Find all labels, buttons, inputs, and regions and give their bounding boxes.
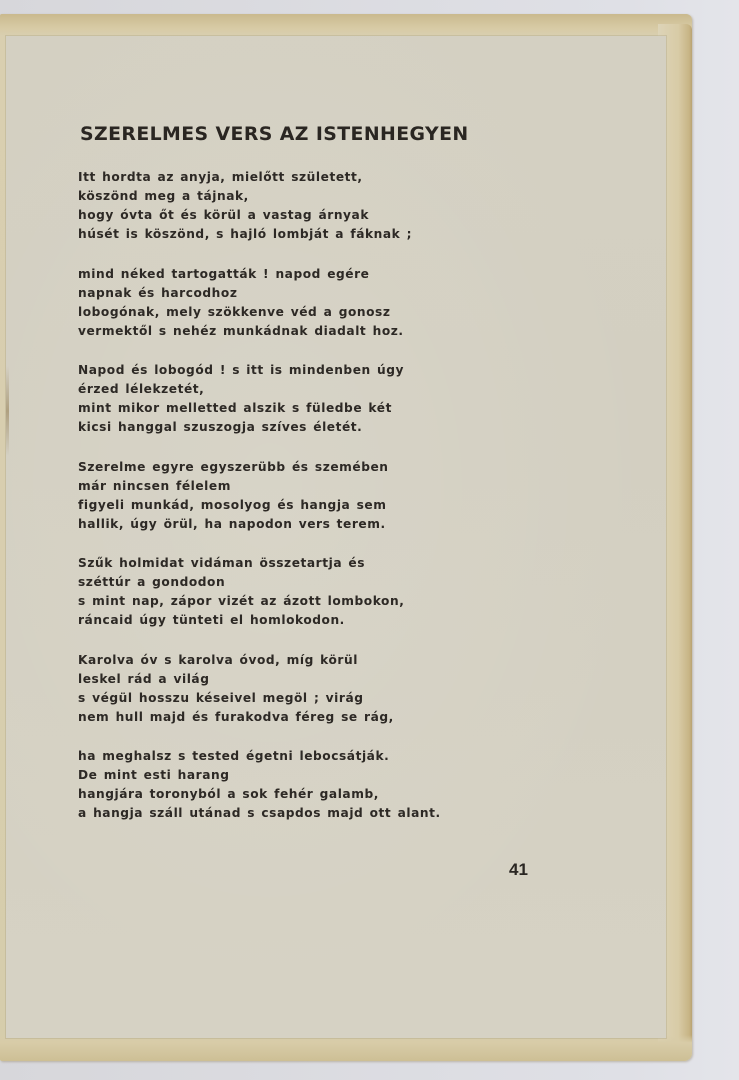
poem-line: köszönd meg a tájnak, (78, 187, 441, 206)
stanza: Napod és lobogód ! s itt is mindenben úg… (78, 361, 441, 437)
poem-line: mind néked tartogatták ! napod egére (78, 265, 441, 284)
poem-line: hogy óvta őt és körül a vastag árnyak (78, 206, 441, 225)
poem-line: leskel rád a világ (78, 670, 441, 689)
poem-line: már nincsen félelem (78, 477, 441, 496)
page-number: 41 (509, 860, 528, 880)
poem-line: nem hull majd és furakodva féreg se rág, (78, 708, 441, 727)
poem-line: ráncaid úgy tünteti el homlokodon. (78, 611, 441, 630)
poem-line: s végül hosszu késeivel megöl ; virág (78, 689, 441, 708)
poem-body: Itt hordta az anyja, mielőtt született, … (78, 168, 441, 844)
stanza: Szűk holmidat vidáman összetartja és szé… (78, 554, 441, 630)
stanza: ha meghalsz s tested égetni lebocsátják.… (78, 747, 441, 823)
poem-line: napnak és harcodhoz (78, 284, 441, 303)
poem-line: figyeli munkád, mosolyog és hangja sem (78, 496, 441, 515)
poem-line: hallik, úgy örül, ha napodon vers terem. (78, 515, 441, 534)
stanza: Itt hordta az anyja, mielőtt született, … (78, 168, 441, 244)
poem-line: széttúr a gondodon (78, 573, 441, 592)
poem-line: a hangja száll utánad s csapdos majd ott… (78, 804, 441, 823)
poem-line: ha meghalsz s tested égetni lebocsátják. (78, 747, 441, 766)
poem-line: Itt hordta az anyja, mielőtt született, (78, 168, 441, 187)
poem-line: De mint esti harang (78, 766, 441, 785)
poem-title: SZERELMES VERS AZ ISTENHEGYEN (80, 124, 469, 145)
poem-line: vermektől s nehéz munkádnak diadalt hoz. (78, 322, 441, 341)
stanza: Karolva óv s karolva óvod, míg körül les… (78, 651, 441, 727)
page-fold-mark (6, 366, 9, 456)
poem-line: s mint nap, zápor vizét az ázott lomboko… (78, 592, 441, 611)
poem-line: hangjára toronyból a sok fehér galamb, (78, 785, 441, 804)
stanza: Szerelme egyre egyszerübb és szemében má… (78, 458, 441, 534)
poem-line: Napod és lobogód ! s itt is mindenben úg… (78, 361, 441, 380)
stanza: mind néked tartogatták ! napod egére nap… (78, 265, 441, 341)
poem-line: kicsi hanggal szuszogja szíves életét. (78, 418, 441, 437)
poem-line: mint mikor melletted alszik s füledbe ké… (78, 399, 441, 418)
poem-line: Szerelme egyre egyszerübb és szemében (78, 458, 441, 477)
poem-line: lobogónak, mely szökkenve véd a gonosz (78, 303, 441, 322)
poem-line: Szűk holmidat vidáman összetartja és (78, 554, 441, 573)
poem-line: Karolva óv s karolva óvod, míg körül (78, 651, 441, 670)
poem-line: húsét is köszönd, s hajló lombját a fákn… (78, 225, 441, 244)
poem-line: érzed lélekzetét, (78, 380, 441, 399)
